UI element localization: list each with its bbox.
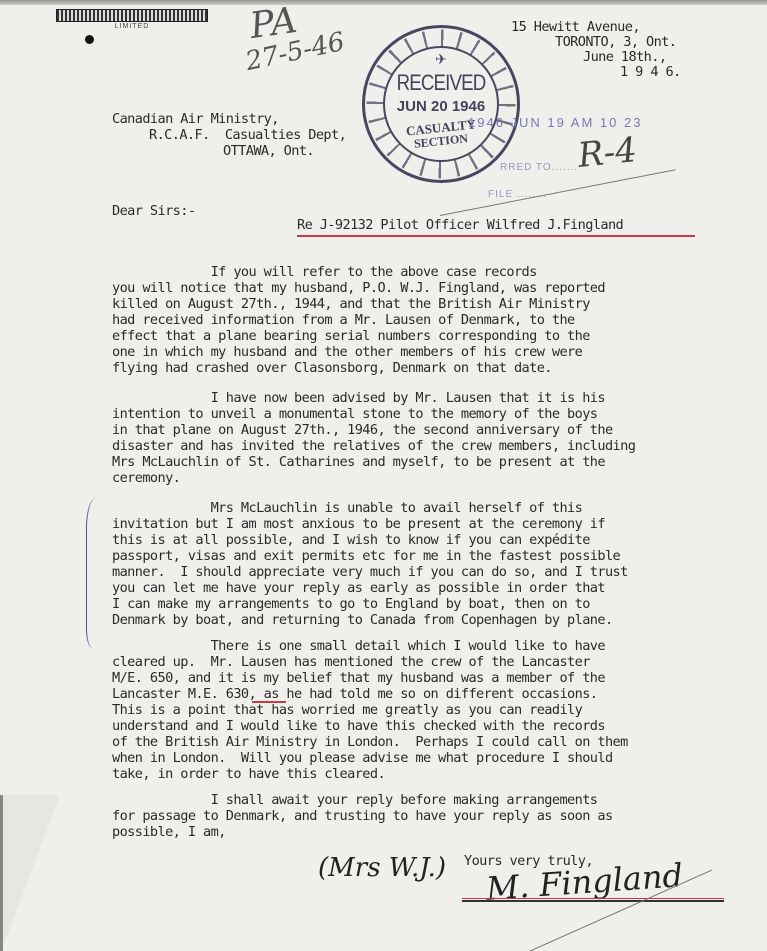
body-line: when in London. Will you please advise m…	[112, 751, 613, 767]
body-line: manner. I should appreciate very much if…	[112, 565, 628, 581]
body-line: killed on August 27th., 1944, and that t…	[112, 297, 590, 313]
letter-year: 1 9 4 6.	[620, 65, 681, 81]
received-stamp: ✈ RECEIVED JUN 20 1946 CASUALTY SECTION	[362, 25, 520, 183]
signature-line	[462, 900, 724, 902]
serial-number-underline	[252, 701, 286, 703]
body-line: M/E. 650, and it is my belief that my hu…	[112, 671, 605, 687]
letterhead-company	[56, 9, 208, 22]
signature-red-underline	[462, 898, 724, 899]
body-line: you can let me have your reply as early …	[112, 581, 605, 597]
body-line: passport, visas and exit permits etc for…	[112, 549, 620, 565]
body-line: This is a point that has worried me grea…	[112, 703, 582, 719]
body-line: possible, I am,	[112, 825, 226, 841]
body-line: I have now been advised by Mr. Lausen th…	[112, 391, 605, 407]
plane-icon: ✈	[365, 52, 517, 69]
body-line: take, in order to have this cleared.	[112, 767, 385, 783]
letter-page: LIMITED PA 27-5-46 ✈ RECEIVED JUN 20 194…	[0, 5, 767, 951]
body-line: I shall await your reply before making a…	[112, 793, 597, 809]
body-line: I can make my arrangements to go to Engl…	[112, 597, 590, 613]
body-line: If you will refer to the above case reco…	[112, 265, 537, 281]
body-line: disaster and has invited the relatives o…	[112, 439, 635, 455]
letterhead-suffix: LIMITED	[56, 23, 208, 30]
signature-prefix: (Mrs W.J.)	[318, 853, 446, 883]
salutation: Dear Sirs:-	[112, 204, 195, 220]
body-line: Lancaster M.E. 630, as he had told me so…	[112, 687, 597, 703]
routing-file: FILE ........	[488, 189, 547, 200]
body-line: in that plane on August 27th., 1946, the…	[112, 423, 613, 439]
routing-referred-to: RRED TO.......	[500, 162, 578, 173]
recipient-line2: R.C.A.F. Casualties Dept,	[149, 128, 346, 144]
body-line: understand and I would like to have this…	[112, 719, 605, 735]
pencil-stroke	[440, 169, 676, 216]
body-line: effect that a plane bearing serial numbe…	[112, 329, 590, 345]
stamp-date: JUN 20 1946	[365, 98, 517, 115]
body-line: Denmark by boat, and returning to Canada…	[112, 613, 613, 629]
routing-timestamp: 1946 JUN 19 AM 10 23	[468, 115, 642, 130]
stamp-received-label: RECEIVED	[376, 70, 505, 96]
body-line: invitation but I am most anxious to be p…	[112, 517, 605, 533]
body-line: ceremony.	[112, 471, 180, 487]
letterhead: LIMITED	[56, 9, 208, 30]
body-line: for passage to Denmark, and trusting to …	[112, 809, 613, 825]
body-line: intention to unveil a monumental stone t…	[112, 407, 597, 423]
body-line: had received information from a Mr. Laus…	[112, 313, 575, 329]
body-line: you will notice that my husband, P.O. W.…	[112, 281, 605, 297]
body-line: Mrs McLauchlin is unable to avail hersel…	[112, 501, 582, 517]
handwritten-routing: R-4	[576, 130, 639, 176]
page-edge-shadow	[0, 795, 3, 951]
body-line: There is one small detail which I would …	[112, 639, 605, 655]
subject-underline	[297, 235, 695, 237]
recipient-line3: OTTAWA, Ont.	[223, 144, 314, 160]
body-line: cleared up. Mr. Lausen has mentioned the…	[112, 655, 590, 671]
margin-pencil-bracket	[86, 498, 97, 648]
body-line: flying had crashed over Clasonsborg, Den…	[112, 361, 552, 377]
body-line: one in which my husband and the other me…	[112, 345, 582, 361]
ink-blot	[85, 35, 94, 44]
body-line: Mrs McLauchlin of St. Catharines and mys…	[112, 455, 605, 471]
body-line: of the British Air Ministry in London. P…	[112, 735, 628, 751]
subject-line: Re J-92132 Pilot Officer Wilfred J.Fingl…	[297, 218, 623, 234]
recipient-line1: Canadian Air Ministry,	[112, 112, 279, 128]
body-line: this is at all possible, and I wish to k…	[112, 533, 590, 549]
folded-corner	[0, 795, 60, 951]
